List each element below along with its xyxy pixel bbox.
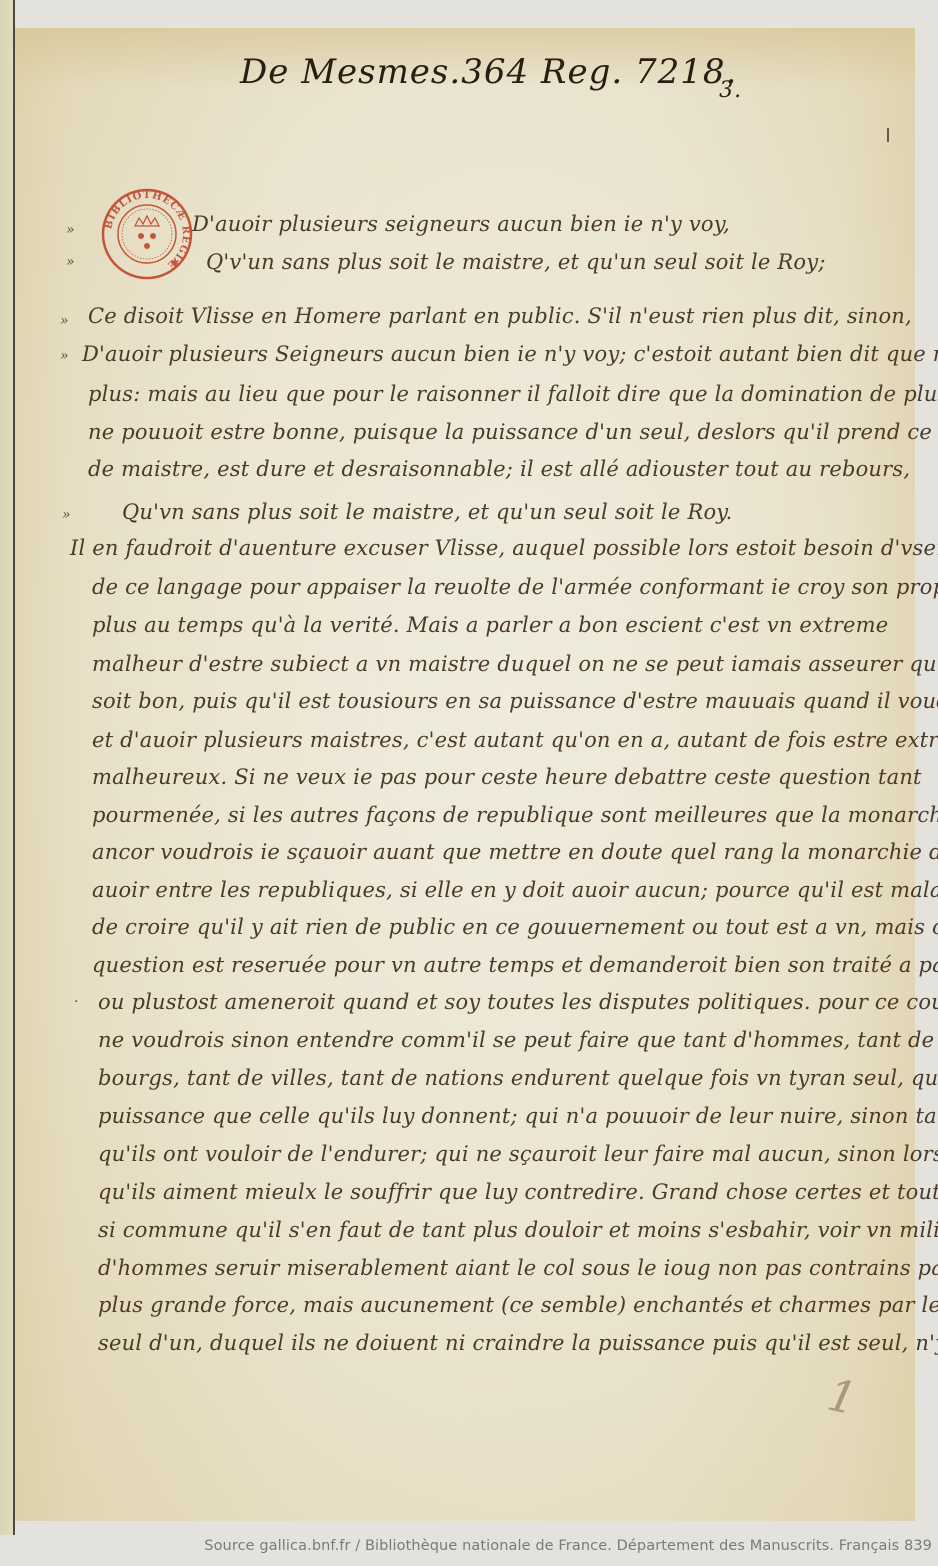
text-line: si commune qu'il s'en faut de tant plus …: [98, 1218, 938, 1242]
text-line: Q'v'un sans plus soit le maistre, et qu'…: [206, 250, 826, 274]
binding-edge: [0, 0, 14, 1535]
shelfmark-text: De Mesmes.364 Reg. 7218.: [240, 52, 737, 92]
quote-mark: »: [60, 348, 69, 364]
text-line: malheur d'estre subiect a vn maistre duq…: [92, 652, 938, 676]
text-line: plus grande force, mais aucunement (ce s…: [98, 1293, 938, 1317]
text-line: de ce langage pour appaiser la reuolte d…: [92, 575, 938, 599]
text-line: puissance que celle qu'ils luy donnent; …: [98, 1104, 938, 1128]
text-line: soit bon, puis qu'il est tousiours en sa…: [92, 689, 938, 713]
text-line: D'auoir plusieurs Seigneurs aucun bien i…: [82, 342, 938, 366]
text-line: malheureux. Si ne veux ie pas pour ceste…: [92, 765, 922, 789]
text-line: pourmenée, si les autres façons de repub…: [92, 803, 938, 827]
text-line: Il en faudroit d'auenture excuser Vlisse…: [70, 536, 938, 560]
text-line: et d'auoir plusieurs maistres, c'est aut…: [92, 728, 938, 752]
text-line: seul d'un, duquel ils ne doiuent ni crai…: [98, 1331, 938, 1355]
shelfmark-sub: 3.: [719, 78, 742, 103]
svg-text:✱: ✱: [171, 258, 179, 269]
text-line: d'hommes seruir miserablement aiant le c…: [98, 1256, 938, 1280]
quote-mark: »: [60, 313, 69, 329]
text-line: ou plustost ameneroit quand et soy toute…: [98, 990, 938, 1014]
text-line: ancor voudrois ie sçauoir auant que mett…: [92, 840, 938, 864]
text-line: plus: mais au lieu que pour le raisonner…: [88, 382, 938, 406]
text-line: bourgs, tant de villes, tant de nations …: [98, 1066, 938, 1090]
margin-tick: [887, 128, 889, 142]
source-caption: Source gallica.bnf.fr / Bibliothèque nat…: [204, 1538, 932, 1554]
quote-mark: »: [66, 254, 75, 270]
text-line: qu'ils ont vouloir de l'endurer; qui ne …: [98, 1142, 938, 1166]
text-line: ne pouuoit estre bonne, puisque la puiss…: [88, 420, 938, 444]
shelfmark: De Mesmes.364 Reg. 7218. 3.: [240, 52, 772, 92]
manuscript-viewer: De Mesmes.364 Reg. 7218. 3. BIBLIOTHECÆ …: [0, 0, 938, 1566]
text-line: D'auoir plusieurs seigneurs aucun bien i…: [192, 212, 730, 236]
text-line: ne voudrois sinon entendre comm'il se pe…: [98, 1028, 934, 1052]
quote-mark: »: [62, 507, 71, 523]
text-line: auoir entre les republiques, si elle en …: [92, 878, 938, 902]
text-line: question est reseruée pour vn autre temp…: [92, 953, 938, 977]
margin-dot: ·: [74, 994, 78, 1010]
text-line: Qu'vn sans plus soit le maistre, et qu'u…: [122, 500, 732, 524]
quote-mark: »: [66, 222, 75, 238]
library-stamp-icon: BIBLIOTHECÆ REGIÆ ✱: [99, 186, 195, 282]
text-line: Ce disoit Vlisse en Homere parlant en pu…: [88, 304, 912, 328]
text-line: plus au temps qu'à la verité. Mais a par…: [92, 613, 888, 637]
text-line: de croire qu'il y ait rien de public en …: [92, 915, 938, 939]
text-line: qu'ils aiment mieulx le souffrir que luy…: [98, 1180, 938, 1204]
text-line: de maistre, est dure et desraisonnable; …: [88, 457, 910, 481]
